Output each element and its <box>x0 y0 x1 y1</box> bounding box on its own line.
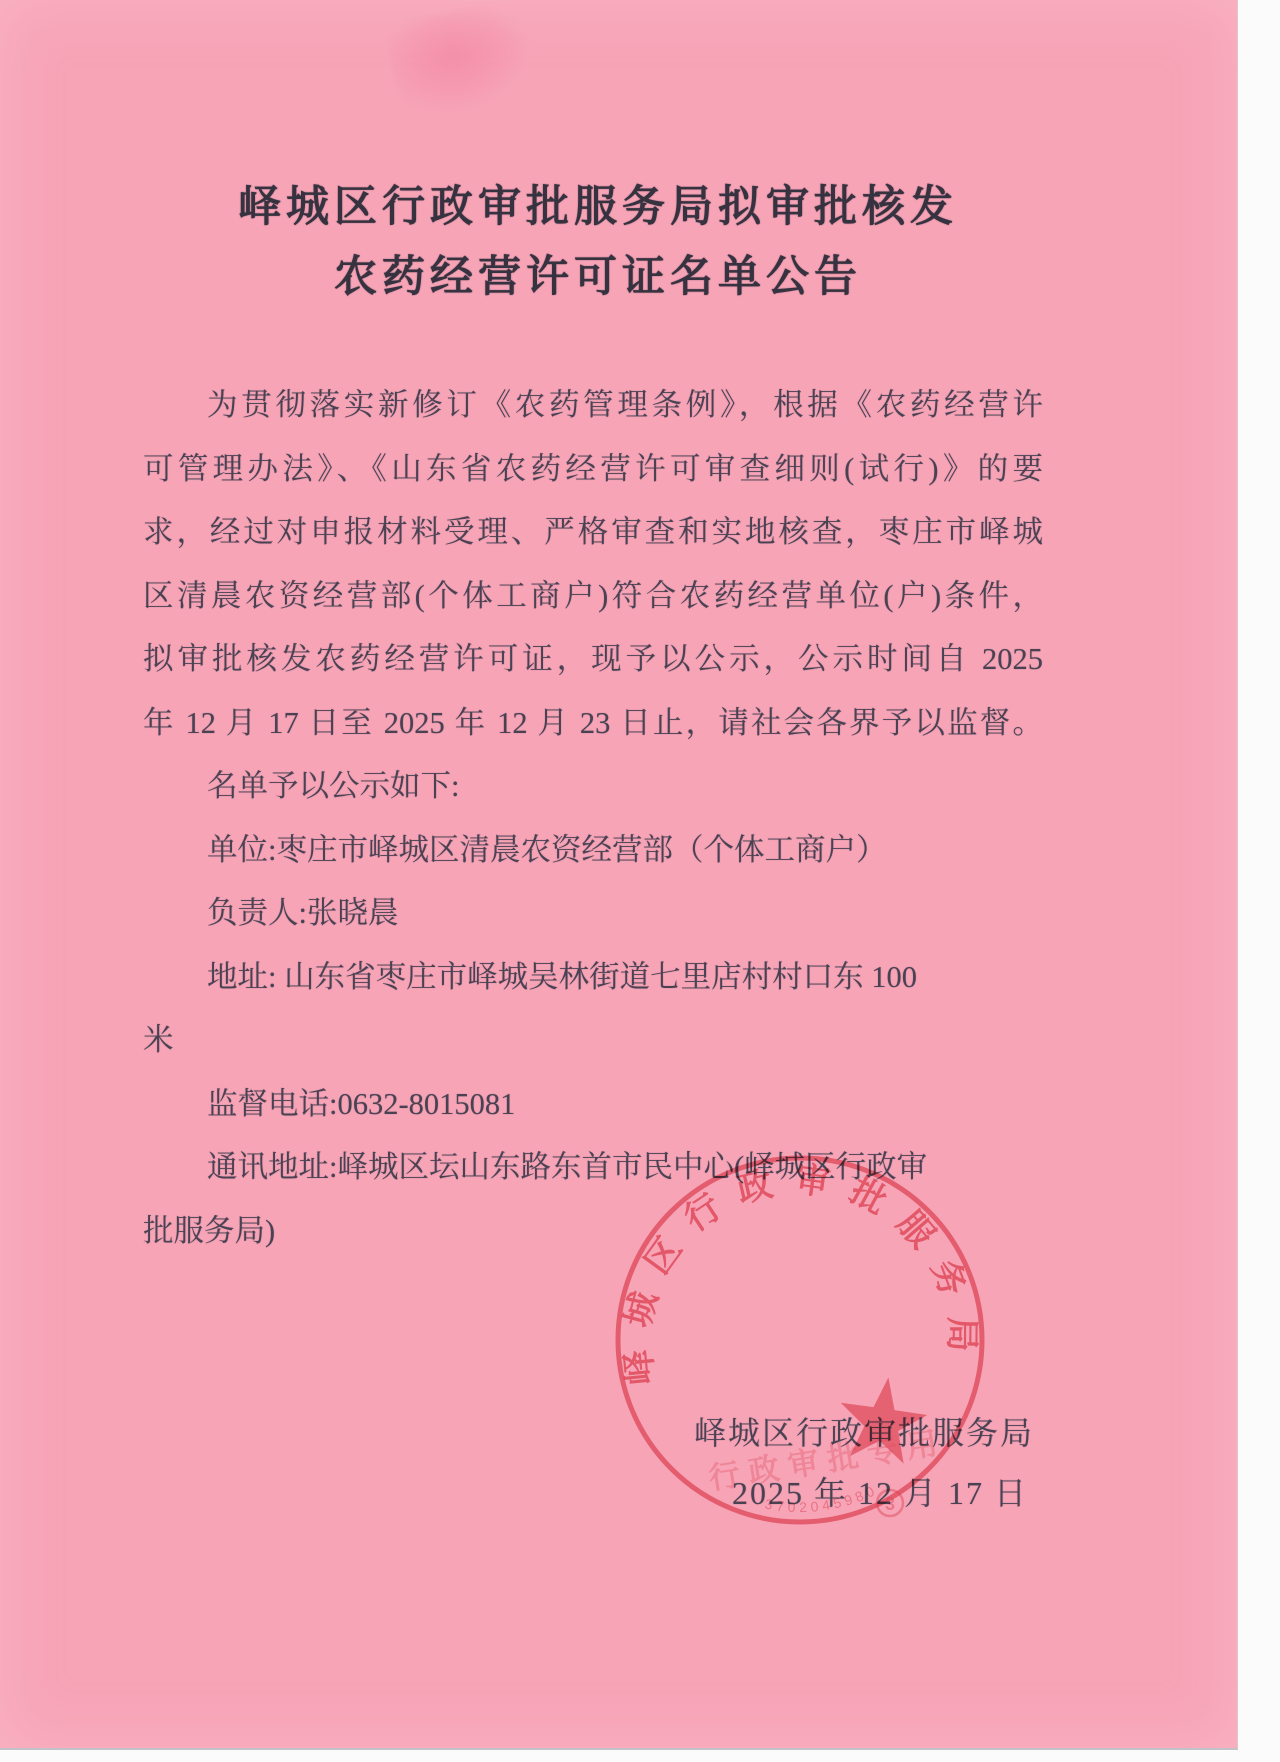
body-line: 求，经过对申报材料受理、严格审查和实地核查，枣庄市峄城 <box>143 501 1043 565</box>
document-title: 峄城区行政审批服务局拟审批核发 农药经营许可证名单公告 <box>0 172 1196 312</box>
title-line-1: 峄城区行政审批服务局拟审批核发 <box>0 172 1196 242</box>
title-line-2: 农药经营许可证名单公告 <box>0 242 1196 312</box>
body-line: 年 12 月 17 日至 2025 年 12 月 23 日止，请社会各界予以监督… <box>143 692 1043 756</box>
body-line: 监督电话:0632-8015081 <box>143 1073 1043 1137</box>
body-line: 负责人:张晓晨 <box>143 882 1043 946</box>
body-line: 地址: 山东省枣庄市峄城吴林街道七里店村村口东 100 <box>143 946 1043 1010</box>
seal-badge-number: 3 <box>885 1494 895 1514</box>
scan-canvas: { "page": { "paper_color": "#f7a4b7", "s… <box>0 0 1280 1762</box>
body-line: 可管理办法》、《山东省农药经营许可审查细则(试行)》的要 <box>143 438 1043 502</box>
document-page: 峄城区行政审批服务局拟审批核发 农药经营许可证名单公告 为贯彻落实新修订《农药管… <box>0 0 1238 1750</box>
official-seal: 峄城区行政审批服务局 行政审批专用 3 3702045980 <box>590 1135 1010 1575</box>
body-line: 米 <box>143 1009 1043 1073</box>
seal-arc-text: 峄城区行政审批服务局 <box>617 1160 981 1387</box>
body-line: 名单予以公示如下: <box>143 755 1043 819</box>
body-lines: 为贯彻落实新修订《农药管理条例》，根据《农药经营许可管理办法》、《山东省农药经营… <box>143 374 1043 1263</box>
body-line: 单位:枣庄市峄城区清晨农资经营部（个体工商户） <box>143 819 1043 883</box>
body-line: 为贯彻落实新修订《农药管理条例》，根据《农药经营许 <box>143 374 1043 438</box>
body-line: 区清晨农资经营部(个体工商户)符合农药经营单位(户)条件， <box>143 565 1043 629</box>
svg-text:峄城区行政审批服务局: 峄城区行政审批服务局 <box>617 1160 981 1387</box>
body-line: 拟审批核发农药经营许可证，现予以公示，公示时间自 2025 <box>143 628 1043 692</box>
ink-smudge <box>383 0 541 123</box>
